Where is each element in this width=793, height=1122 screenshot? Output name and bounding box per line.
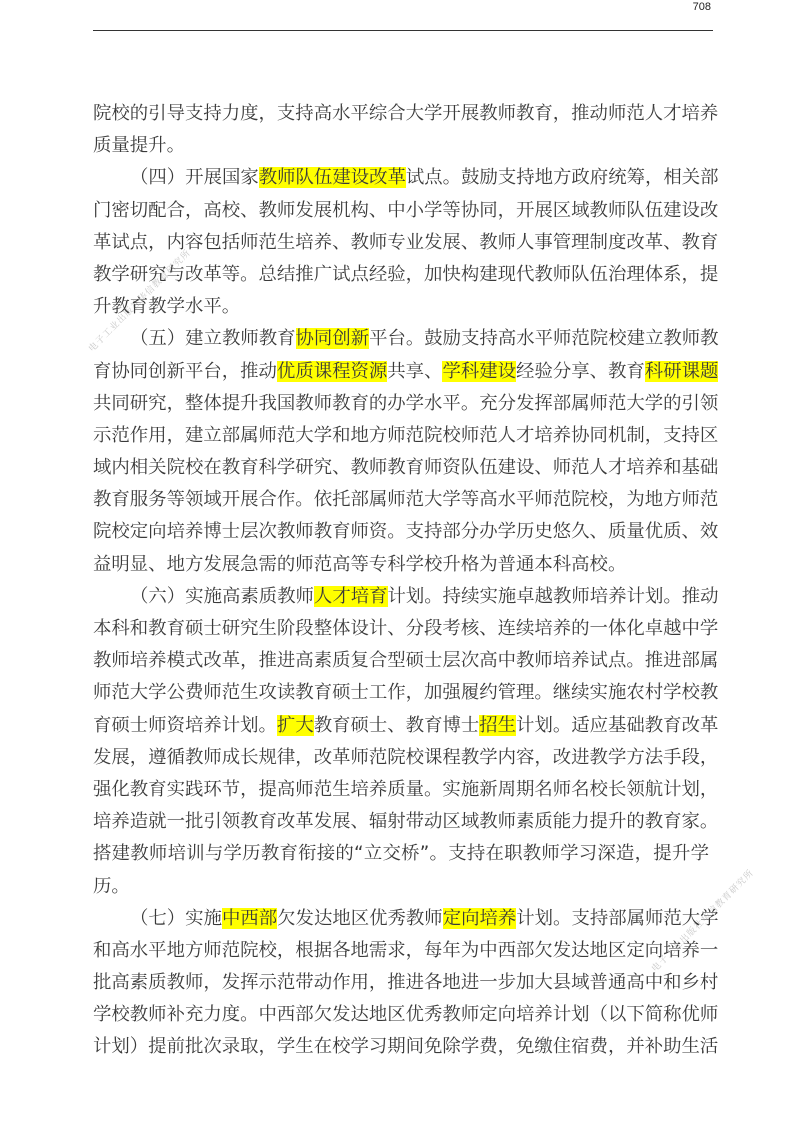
text-run: 教育硕士、教育博士 — [314, 715, 480, 736]
text-line: 学校教师补充力度。中西部欠发达地区优秀教师定向培养计划（以下简称优师 — [93, 999, 709, 1031]
text-run: 共同研究，整体提升我国教师教育的办学水平。充分发挥部属师范大学的引领 — [93, 393, 718, 414]
text-run: （七）实施 — [130, 908, 222, 929]
text-line: 益明显、地方发展急需的师范高等专科学校升格为普通本科高校。 — [93, 549, 709, 581]
highlighted-phrase: 招生 — [479, 715, 516, 736]
text-line: 和高水平地方师范院校，根据各地需求，每年为中西部欠发达地区定向培养一 — [93, 935, 709, 967]
highlighted-phrase: 学科建设 — [442, 361, 516, 382]
text-run: （六）实施高素质教师 — [130, 586, 314, 607]
text-run: （四）开展国家 — [130, 167, 259, 188]
text-line: 计划）提前批次录取，学生在校学习期间免除学费，免缴住宿费，并补助生活 — [93, 1031, 709, 1063]
text-run: 试点。鼓励支持地方政府统筹，相关部 — [406, 167, 719, 188]
text-run: 革试点，内容包括师范生培养、教师专业发展、教师人事管理制度改革、教育 — [93, 232, 718, 253]
text-line: 共同研究，整体提升我国教师教育的办学水平。充分发挥部属师范大学的引领 — [93, 388, 709, 420]
text-run: 门密切配合，高校、教师发展机构、中小学等协同，开展区域教师队伍建设改 — [93, 200, 718, 221]
text-run: 教育服务等领域开展合作。依托部属师范大学等高水平师范院校，为地方师范 — [93, 489, 718, 510]
text-run: 本科和教育硕士研究生阶段整体设计、分段考核、连续培养的一体化卓越中学 — [93, 618, 718, 639]
text-run: 共享、 — [387, 361, 442, 382]
text-run: 培养造就一批引领教育改革发展、辐射带动区域教师素质能力提升的教育家。 — [93, 811, 718, 832]
highlighted-phrase: 定向培养 — [443, 908, 517, 929]
text-run: 院校的引导支持力度，支持高水平综合大学开展教师教育，推动师范人才培养 — [93, 103, 718, 124]
header-rule — [93, 30, 713, 31]
text-line: 历。 — [93, 871, 709, 903]
highlighted-phrase: 优质课程资源 — [277, 361, 387, 382]
highlighted-phrase: 扩大 — [277, 715, 314, 736]
text-run: 质量提升。 — [93, 135, 185, 156]
text-run: 育协同创新平台，推动 — [93, 361, 277, 382]
text-line: 门密切配合，高校、教师发展机构、中小学等协同，开展区域教师队伍建设改 — [93, 195, 709, 227]
text-run: 计划）提前批次录取，学生在校学习期间免除学费，免缴住宿费，并补助生活 — [93, 1036, 718, 1057]
text-line: 革试点，内容包括师范生培养、教师专业发展、教师人事管理制度改革、教育 — [93, 227, 709, 259]
text-run: 计划。适应基础教育改革 — [516, 715, 718, 736]
text-run: 批高素质教师，发挥示范带动作用，推进各地进一步加大县域普通高中和乡村 — [93, 972, 718, 993]
highlighted-phrase: 教师队伍建设改革 — [259, 167, 406, 188]
text-line: 教师培养模式改革，推进高素质复合型硕士层次高中教师培养试点。推进部属 — [93, 645, 709, 677]
text-run: 教学研究与改革等。总结推广试点经验，加快构建现代教师队伍治理体系，提 — [93, 264, 718, 285]
text-run: 院校定向培养博士层次教师教育师资。支持部分办学历史悠久、质量优质、效 — [93, 521, 718, 542]
text-line: 院校的引导支持力度，支持高水平综合大学开展教师教育，推动师范人才培养 — [93, 98, 709, 130]
text-run: 欠发达地区优秀教师 — [277, 908, 443, 929]
highlighted-phrase: 科研课题 — [645, 361, 719, 382]
text-run: 搭建教师培训与学历教育衔接的“立交桥”。支持在职教师学习深造，提升学 — [93, 843, 709, 864]
document-body: 院校的引导支持力度，支持高水平综合大学开展教师教育，推动师范人才培养质量提升。（… — [93, 98, 709, 1064]
text-line: （七）实施中西部欠发达地区优秀教师定向培养计划。支持部属师范大学 — [93, 903, 709, 935]
text-run: 学校教师补充力度。中西部欠发达地区优秀教师定向培养计划（以下简称优师 — [93, 1004, 718, 1025]
text-run: 域内相关院校在教育科学研究、教师教育师资队伍建设、师范人才培养和基础 — [93, 457, 718, 478]
text-line: 教育服务等领域开展合作。依托部属师范大学等高水平师范院校，为地方师范 — [93, 484, 709, 516]
highlighted-phrase: 人才培育 — [314, 586, 388, 607]
text-line: 育硕士师资培养计划。扩大教育硕士、教育博士招生计划。适应基础教育改革 — [93, 710, 709, 742]
text-run: 历。 — [93, 876, 130, 897]
text-line: 质量提升。 — [93, 130, 709, 162]
text-line: 育协同创新平台，推动优质课程资源共享、学科建设经验分享、教育科研课题 — [93, 356, 709, 388]
text-line: （六）实施高素质教师人才培育计划。持续实施卓越教师培养计划。推动 — [93, 581, 709, 613]
text-run: 益明显、地方发展急需的师范高等专科学校升格为普通本科高校。 — [93, 554, 626, 575]
text-run: 计划。持续实施卓越教师培养计划。推动 — [388, 586, 719, 607]
text-run: 示范作用，建立部属师范大学和地方师范院校师范人才培养协同机制，支持区 — [93, 425, 718, 446]
text-line: 强化教育实践环节，提高师范生培养质量。实施新周期名师名校长领航计划， — [93, 774, 709, 806]
text-run: 育硕士师资培养计划。 — [93, 715, 277, 736]
text-line: 院校定向培养博士层次教师教育师资。支持部分办学历史悠久、质量优质、效 — [93, 516, 709, 548]
text-line: 师范大学公费师范生攻读教育硕士工作，加强履约管理。继续实施农村学校教 — [93, 677, 709, 709]
page-number: 708 — [600, 1, 711, 13]
text-run: 发展，遵循教师成长规律，改革师范院校课程教学内容，改进教学方法手段， — [93, 747, 718, 768]
text-line: 批高素质教师，发挥示范带动作用，推进各地进一步加大县域普通高中和乡村 — [93, 967, 709, 999]
text-run: 平台。鼓励支持高水平师范院校建立教师教 — [369, 328, 718, 349]
text-line: 教学研究与改革等。总结推广试点经验，加快构建现代教师队伍治理体系，提 — [93, 259, 709, 291]
text-line: 域内相关院校在教育科学研究、教师教育师资队伍建设、师范人才培养和基础 — [93, 452, 709, 484]
text-line: 发展，遵循教师成长规律，改革师范院校课程教学内容，改进教学方法手段， — [93, 742, 709, 774]
highlighted-phrase: 中西部 — [222, 908, 277, 929]
highlighted-phrase: 协同创新 — [296, 328, 370, 349]
text-run: （五）建立教师教育 — [130, 328, 296, 349]
text-run: 升教育教学水平。 — [93, 296, 240, 317]
text-run: 教师培养模式改革，推进高素质复合型硕士层次高中教师培养试点。推进部属 — [93, 650, 718, 671]
text-line: 本科和教育硕士研究生阶段整体设计、分段考核、连续培养的一体化卓越中学 — [93, 613, 709, 645]
text-run: 师范大学公费师范生攻读教育硕士工作，加强履约管理。继续实施农村学校教 — [93, 682, 718, 703]
text-line: 升教育教学水平。 — [93, 291, 709, 323]
text-run: 计划。支持部属师范大学 — [516, 908, 718, 929]
text-run: 强化教育实践环节，提高师范生培养质量。实施新周期名师名校长领航计划， — [93, 779, 718, 800]
text-line: 搭建教师培训与学历教育衔接的“立交桥”。支持在职教师学习深造，提升学 — [93, 838, 709, 870]
text-line: 示范作用，建立部属师范大学和地方师范院校师范人才培养协同机制，支持区 — [93, 420, 709, 452]
text-line: （五）建立教师教育协同创新平台。鼓励支持高水平师范院校建立教师教 — [93, 323, 709, 355]
text-line: （四）开展国家教师队伍建设改革试点。鼓励支持地方政府统筹，相关部 — [93, 162, 709, 194]
text-run: 和高水平地方师范院校，根据各地需求，每年为中西部欠发达地区定向培养一 — [93, 940, 718, 961]
text-line: 培养造就一批引领教育改革发展、辐射带动区域教师素质能力提升的教育家。 — [93, 806, 709, 838]
text-run: 经验分享、教育 — [516, 361, 645, 382]
